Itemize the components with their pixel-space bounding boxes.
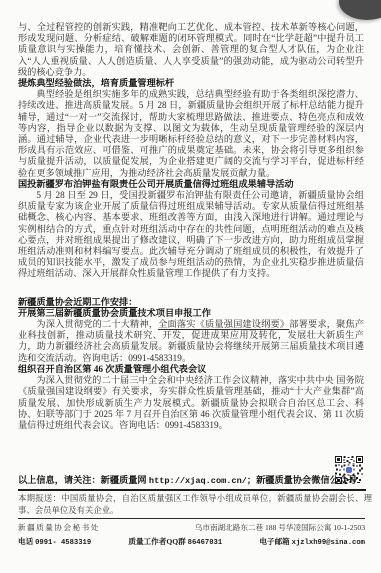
footer-qq: 质量工作者QQ群 86467031	[128, 537, 222, 548]
paragraph-qc-group-meeting: 为深入贯彻党的二十届三中全会和中央经济工作会议精神，落实中共中央 国务院《质量强…	[18, 375, 364, 431]
paragraph-continuation: 与、全过程管控的创新实践，精准靶向工艺优化、成本管控、技术革新等核心问题，形成发…	[18, 22, 364, 78]
paragraph-benchmark: 典型经验是组织实施多年的成熟实践，总结典型经验有助于各类组织深挖潜力、持续改进、…	[18, 89, 364, 179]
heading-benchmark-experience: 提炼典型经验做法，培育质量管理标杆	[18, 78, 364, 89]
distribution-note: 本期报送：中国质量协会，自治区质量强区工作领导小组成员单位，新疆质量协会副会长、…	[18, 493, 372, 516]
footer-email-value: xjzlxh99@sina.com	[292, 539, 365, 547]
footer-phone: 电话 0991- 4583319	[18, 537, 91, 548]
footer-contact-block: 新疆质量协会秘书处 乌市南湖北路东二巷 188 号华凌国际公寓 10-1-250…	[18, 518, 365, 548]
notice-post: ；新疆质量协会微信公众号	[247, 475, 357, 485]
heading-qc-group-meeting: 组织召开自治区第 46 次质量管理小组代表会议	[18, 364, 364, 375]
footer-email-label: 电子邮箱	[259, 537, 289, 546]
footer-phone-label: 电话	[18, 537, 33, 546]
footer-org: 新疆质量协会秘书处	[18, 523, 100, 532]
notice-pre: 以上信息，请关注：新疆质量网	[18, 475, 149, 485]
footer-row-2: 电话 0991- 4583319 质量工作者QQ群 86467031 电子邮箱 …	[18, 537, 365, 548]
divider-rule	[18, 489, 366, 491]
footer-row-1: 新疆质量协会秘书处 乌市南湖北路东二巷 188 号华凌国际公寓 10-1-250…	[18, 523, 365, 532]
notice-line: 以上信息，请关注：新疆质量网 http://xjaq.com.cn/；新疆质量协…	[18, 475, 364, 488]
newsletter-page: 与、全过程管控的创新实践，精准靶向工艺优化、成本管控、技术革新等核心问题，形成发…	[0, 0, 381, 573]
website-url: http://xjaq.com.cn/	[149, 476, 247, 486]
footer-address: 乌市南湖北路东二巷 188 号华凌国际公寓 10-1-2503	[195, 523, 365, 532]
heading-project-application: 开展第三届新疆质量协会质量技术项目申报工作	[18, 308, 364, 319]
paragraph-project-pre: 为深入贯彻党的二十大精神，	[36, 319, 158, 329]
page-curl-shadow-icon	[339, 0, 381, 20]
heading-upcoming-work: 新疆质量协会近期工作安排：	[18, 297, 364, 308]
paragraph-project: 为深入贯彻党的二十大精神，全面落实《质量强国建设纲要》部署要求，聚焦产业科技创新…	[18, 319, 364, 364]
footer-email: 电子邮箱 xjzlxh99@sina.com	[259, 537, 365, 548]
paragraph-luobupo: 5 月 28 日至 29 日，受国投新疆罗布泊钾盐有限责任公司邀请，新疆质量协会…	[18, 190, 364, 280]
qr-center-logo	[346, 467, 352, 473]
section-gap	[18, 280, 364, 297]
footer-phone-value: 0991- 4583319	[35, 539, 91, 547]
footer-qq-label: 质量工作者QQ群	[128, 537, 185, 546]
heading-luobupo-activity: 国投新疆罗布泊钾盐有限责任公司开展质量信得过班组成果辅导活动	[18, 179, 364, 190]
heading-upcoming-work-label: 新疆质量协会近期工作安排：	[18, 297, 137, 307]
body-text: 与、全过程管控的创新实践，精准靶向工艺优化、成本管控、技术革新等核心问题，形成发…	[18, 22, 364, 431]
paragraph-project-underlined: 全面落实《质量强国建设纲要》	[158, 319, 289, 329]
footer-qq-value: 86467031	[188, 539, 223, 547]
